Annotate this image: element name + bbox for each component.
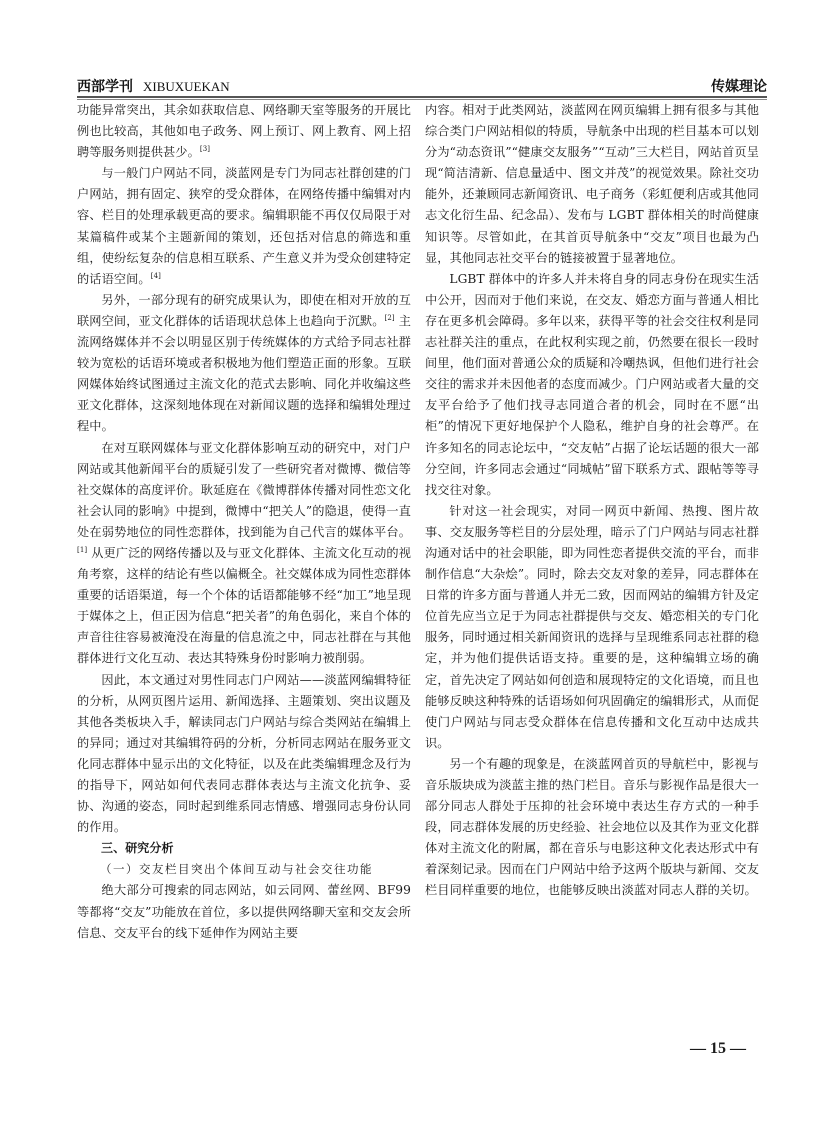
paragraph-text: 从更广泛的网络传播以及与亚文化群体、主流文化互动的视角考察，这样的结论有些以偏概… (77, 546, 411, 665)
citation: [2] (385, 314, 395, 322)
paragraph: 另一个有趣的现象是，在淡蓝网首页的导航栏中，影视与音乐版块成为淡蓝主推的热门栏目… (425, 754, 759, 902)
left-column: 功能异常突出，其余如获取信息、网络聊天室等服务的开展比例也比较高，其他如电子政务… (77, 100, 411, 944)
paragraph-text: 在对互联网媒体与亚文化群体影响互动的研究中，对门户网站或其他新闻平台的质疑引发了… (77, 441, 411, 539)
paragraph: 另外，一部分现有的研究成果认为，即使在相对开放的互联网空间，亚文化群体的话语现状… (77, 290, 411, 438)
paragraph-text: 针对这一社会现实，对同一网页中新闻、热搜、图片故事、交友服务等栏目的分层处理，暗… (425, 504, 759, 750)
paragraph: 内容。相对于此类网站，淡蓝网在网页编辑上拥有很多与其他综合类门户网站相似的特质，… (425, 100, 759, 269)
paragraph: 在对互联网媒体与亚文化群体影响互动的研究中，对门户网站或其他新闻平台的质疑引发了… (77, 438, 411, 670)
section-heading: 三、研究分析 (77, 838, 411, 859)
journal-title-cn: 西部学刊 (77, 79, 133, 95)
paragraph-text: 与一般门户网站不同，淡蓝网是专门为同志社群创建的门户网站，拥有固定、狭窄的受众群… (77, 166, 411, 285)
citation: [4] (151, 272, 161, 280)
paragraph-text: 另一个有趣的现象是，在淡蓝网首页的导航栏中，影视与音乐版块成为淡蓝主推的热门栏目… (425, 757, 759, 898)
journal-title: 西部学刊XIBUXUEKAN (77, 76, 230, 96)
paragraph-text: LGBT 群体中的许多人并未将自身的同志身份在现实生活中公开，因而对于他们来说，… (425, 272, 759, 497)
paragraph-text: 主流网络媒体并不会以明显区别于传统媒体的方式给予同志社群较为宽松的话语环境或者积… (77, 314, 411, 433)
running-header: 西部学刊XIBUXUEKAN 传媒理论 (77, 76, 767, 96)
paragraph: 与一般门户网站不同，淡蓝网是专门为同志社群创建的门户网站，拥有固定、狭窄的受众群… (77, 163, 411, 290)
paragraph-text: 另外，一部分现有的研究成果认为，即使在相对开放的互联网空间，亚文化群体的话语现状… (77, 293, 411, 328)
section-title: 传媒理论 (711, 76, 767, 96)
paragraph: 因此，本文通过对男性同志门户网站——淡蓝网编辑特征的分析，从网页图片运用、新闻选… (77, 670, 411, 839)
paragraph: LGBT 群体中的许多人并未将自身的同志身份在现实生活中公开，因而对于他们来说，… (425, 269, 759, 501)
citation: [1] (77, 546, 87, 554)
paragraph: 绝大部分可搜索的同志网站，如云同网、蕾丝网、BF99 等都将“交友”功能放在首位… (77, 880, 411, 943)
right-column: 内容。相对于此类网站，淡蓝网在网页编辑上拥有很多与其他综合类门户网站相似的特质，… (425, 100, 759, 902)
paragraph-text: 内容。相对于此类网站，淡蓝网在网页编辑上拥有很多与其他综合类门户网站相似的特质，… (425, 103, 759, 265)
journal-title-en: XIBUXUEKAN (143, 79, 230, 94)
paragraph-text: 绝大部分可搜索的同志网站，如云同网、蕾丝网、BF99 等都将“交友”功能放在首位… (77, 883, 411, 939)
paragraph: 针对这一社会现实，对同一网页中新闻、热搜、图片故事、交友服务等栏目的分层处理，暗… (425, 501, 759, 754)
paragraph: 功能异常突出，其余如获取信息、网络聊天室等服务的开展比例也比较高，其他如电子政务… (77, 100, 411, 163)
paragraph-text: 功能异常突出，其余如获取信息、网络聊天室等服务的开展比例也比较高，其他如电子政务… (77, 103, 411, 159)
page-number: — 15 — (690, 1040, 746, 1058)
paragraph-text: 因此，本文通过对男性同志门户网站——淡蓝网编辑特征的分析，从网页图片运用、新闻选… (77, 673, 411, 835)
subsection-heading: （一）交友栏目突出个体间互动与社会交往功能 (77, 859, 411, 880)
citation: [3] (200, 145, 210, 153)
